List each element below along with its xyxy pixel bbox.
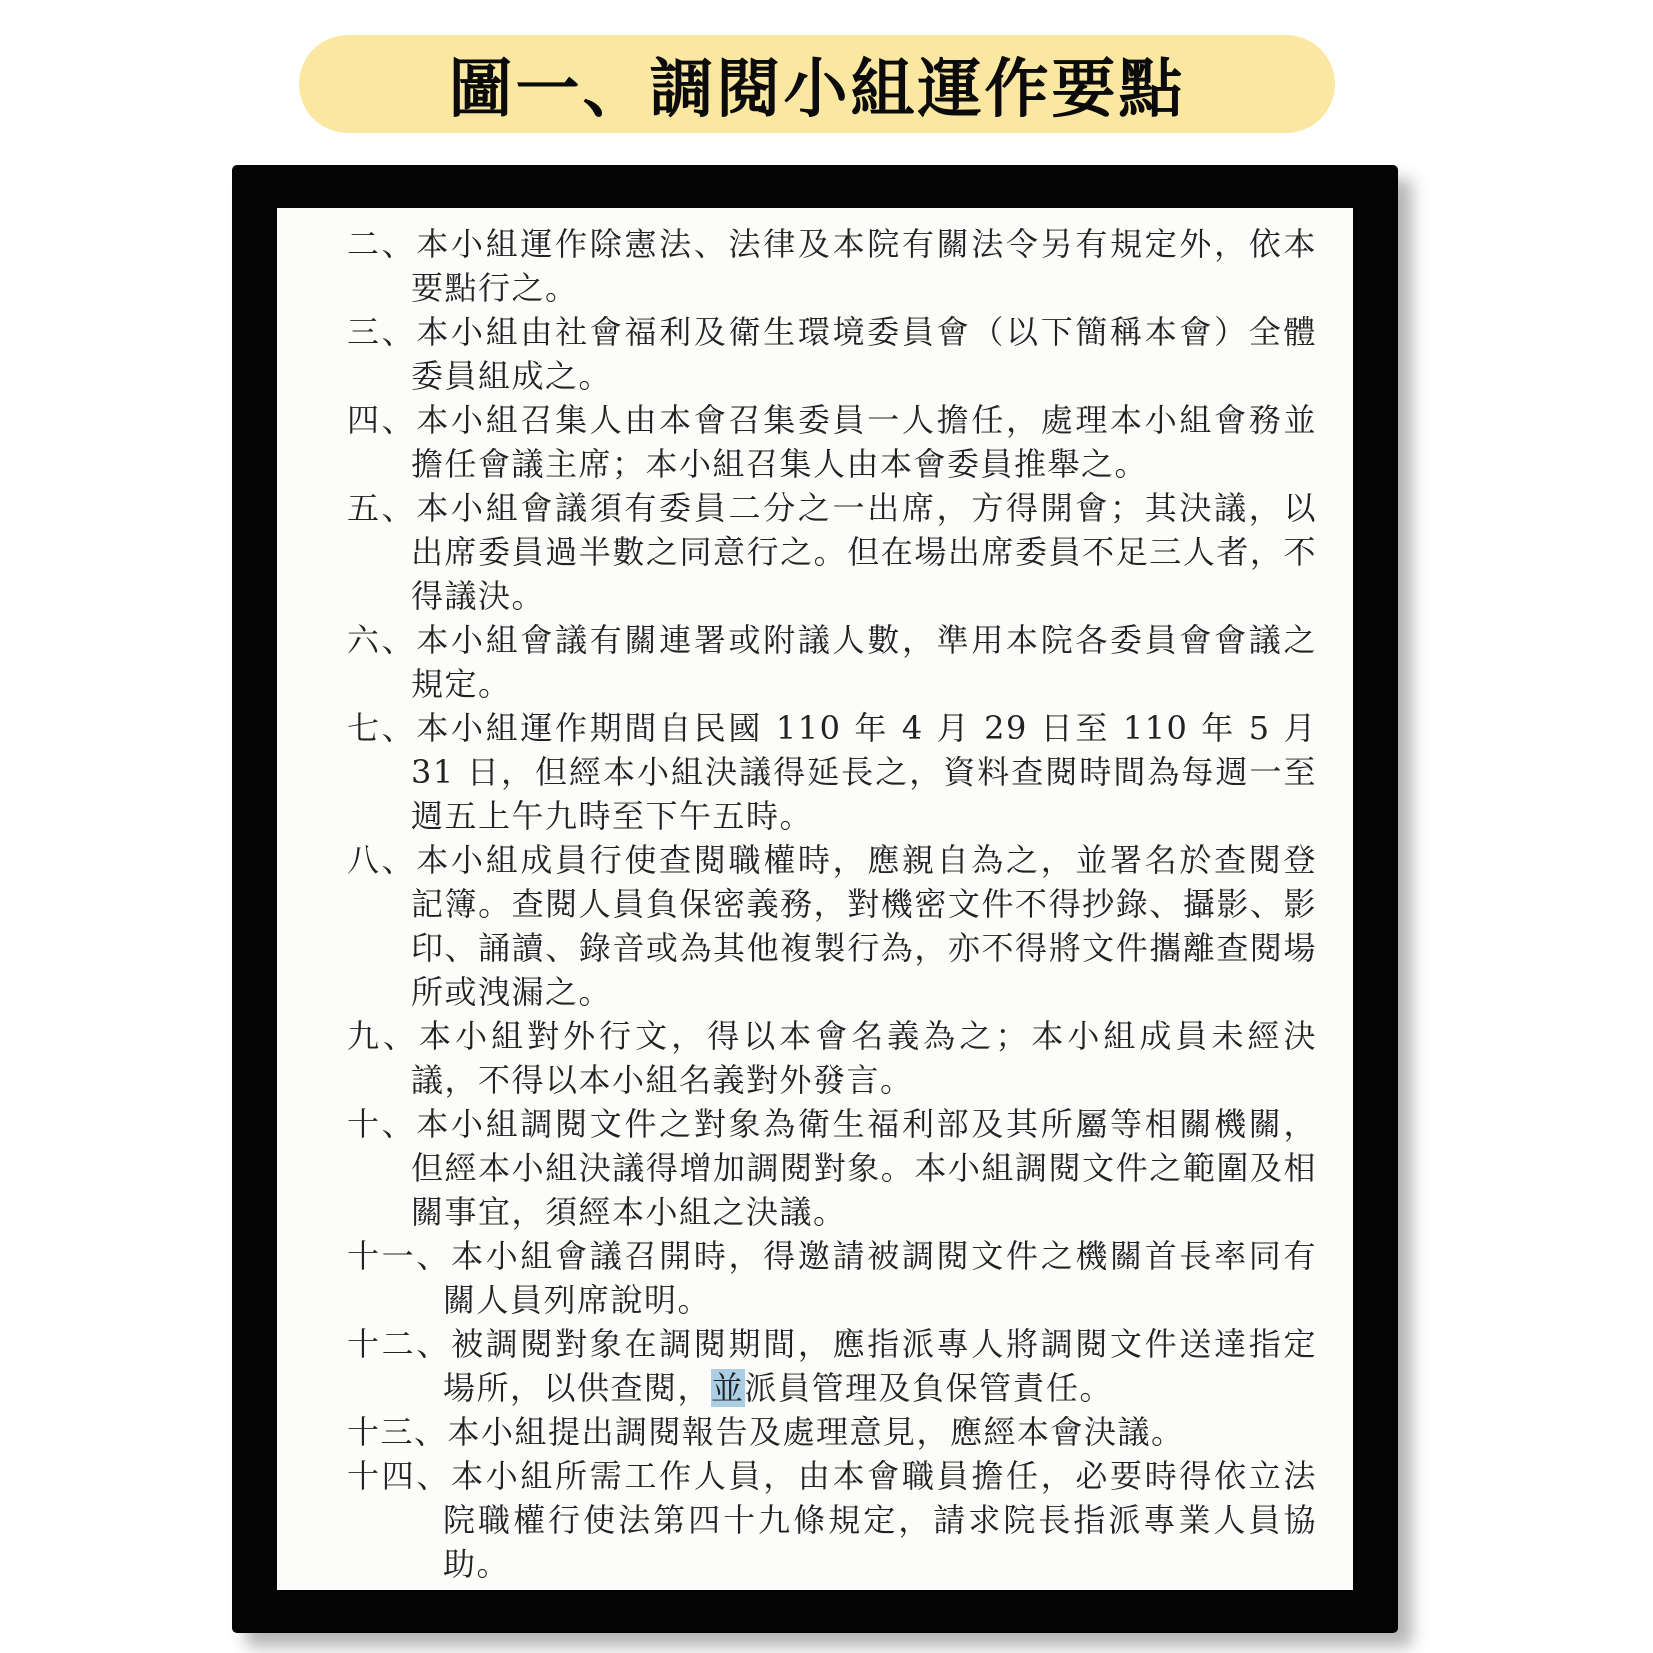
item-number: 六、 bbox=[347, 621, 416, 659]
ordinance-item: 十三、本小組提出調閱報告及處理意見，應經本會決議。 bbox=[347, 1410, 1317, 1454]
item-text: 本小組提出調閱報告及處理意見，應經本會決議。 bbox=[448, 1413, 1185, 1451]
ordinance-item: 十一、本小組會議召開時，得邀請被調閱文件之機關首長率同有關人員列席說明。 bbox=[347, 1234, 1317, 1322]
ordinance-item: 九、本小組對外行文，得以本會名義為之；本小組成員未經決議，不得以本小組名義對外發… bbox=[347, 1014, 1317, 1102]
figure-title-banner: 圖一、調閱小組運作要點 bbox=[299, 35, 1335, 133]
ordinance-item: 三、本小組由社會福利及衛生環境委員會（以下簡稱本會）全體委員組成之。 bbox=[347, 310, 1317, 398]
figure-title: 圖一、調閱小組運作要點 bbox=[449, 38, 1186, 130]
ordinance-item: 十四、本小組所需工作人員，由本會職員擔任，必要時得依立法院職權行使法第四十九條規… bbox=[347, 1454, 1317, 1586]
item-text: 本小組由社會福利及衛生環境委員會（以下簡稱本會）全體委員組成之。 bbox=[411, 313, 1317, 395]
ordinance-item: 四、本小組召集人由本會召集委員一人擔任，處理本小組會務並擔任會議主席；本小組召集… bbox=[347, 398, 1317, 486]
document-page: 二、本小組運作除憲法、法律及本院有關法令另有規定外，依本要點行之。三、本小組由社… bbox=[277, 208, 1353, 1590]
ordinance-item: 二、本小組運作除憲法、法律及本院有關法令另有規定外，依本要點行之。 bbox=[347, 222, 1317, 310]
item-number: 七、 bbox=[347, 709, 416, 747]
item-number: 十四、 bbox=[347, 1457, 451, 1495]
item-number: 九、 bbox=[347, 1017, 419, 1055]
ordinance-list: 二、本小組運作除憲法、法律及本院有關法令另有規定外，依本要點行之。三、本小組由社… bbox=[347, 222, 1317, 1590]
item-text: 本小組會議召開時，得邀請被調閱文件之機關首長率同有關人員列席說明。 bbox=[443, 1237, 1317, 1319]
item-text: 本小組召集人由本會召集委員一人擔任，處理本小組會務並擔任會議主席；本小組召集人由… bbox=[411, 401, 1317, 483]
ordinance-item: 十、本小組調閱文件之對象為衛生福利部及其所屬等相關機關，但經本小組決議得增加調閱… bbox=[347, 1102, 1317, 1234]
ordinance-item: 十二、被調閱對象在調閱期間，應指派專人將調閱文件送達指定場所，以供查閱，並派員管… bbox=[347, 1322, 1317, 1410]
item-text: 本小組調閱文件之對象為衛生福利部及其所屬等相關機關，但經本小組決議得增加調閱對象… bbox=[411, 1105, 1317, 1231]
item-number: 四、 bbox=[347, 401, 416, 439]
item-text: 本小組運作除憲法、法律及本院有關法令另有規定外，依本要點行之。 bbox=[411, 225, 1317, 307]
item-text: 本小組會議有關連署或附議人數，準用本院各委員會會議之規定。 bbox=[411, 621, 1317, 703]
item-text: 本小組成員行使查閱職權時，應親自為之，並署名於查閱登記簿。查閱人員負保密義務，對… bbox=[411, 841, 1317, 1011]
ordinance-item: 六、本小組會議有關連署或附議人數，準用本院各委員會會議之規定。 bbox=[347, 618, 1317, 706]
ordinance-item: 十五、本運作要點，由本會通過後施行，修正時亦同。」 bbox=[347, 1586, 1317, 1590]
figure-page: 圖一、調閱小組運作要點 二、本小組運作除憲法、法律及本院有關法令另有規定外，依本… bbox=[0, 0, 1653, 1653]
document-frame: 二、本小組運作除憲法、法律及本院有關法令另有規定外，依本要點行之。三、本小組由社… bbox=[232, 165, 1398, 1633]
item-number: 三、 bbox=[347, 313, 416, 351]
item-text: 本小組對外行文，得以本會名義為之；本小組成員未經決議，不得以本小組名義對外發言。 bbox=[411, 1017, 1317, 1099]
item-number: 十、 bbox=[347, 1105, 416, 1143]
item-number: 二、 bbox=[347, 225, 416, 263]
item-number: 十二、 bbox=[347, 1325, 451, 1363]
item-text: 本小組運作期間自民國 110 年 4 月 29 日至 110 年 5 月 31 … bbox=[411, 709, 1317, 835]
item-text: 本小組所需工作人員，由本會職員擔任，必要時得依立法院職權行使法第四十九條規定，請… bbox=[443, 1457, 1317, 1583]
item-number: 五、 bbox=[347, 489, 416, 527]
ordinance-item: 七、本小組運作期間自民國 110 年 4 月 29 日至 110 年 5 月 3… bbox=[347, 706, 1317, 838]
item-number: 十一、 bbox=[347, 1237, 451, 1275]
item-number: 十三、 bbox=[347, 1413, 448, 1451]
item-text: 本運作要點，由本會通過後施行，修正時亦同。」 bbox=[448, 1589, 1169, 1590]
item-text: 派員管理及負保管責任。 bbox=[745, 1369, 1114, 1407]
item-text: 本小組會議須有委員二分之一出席，方得開會；其決議，以出席委員過半數之同意行之。但… bbox=[411, 489, 1317, 615]
item-number: 八、 bbox=[347, 841, 416, 879]
highlighted-text: 並 bbox=[711, 1369, 745, 1407]
ordinance-item: 五、本小組會議須有委員二分之一出席，方得開會；其決議，以出席委員過半數之同意行之… bbox=[347, 486, 1317, 618]
ordinance-item: 八、本小組成員行使查閱職權時，應親自為之，並署名於查閱登記簿。查閱人員負保密義務… bbox=[347, 838, 1317, 1014]
item-number: 十五、 bbox=[347, 1589, 448, 1590]
